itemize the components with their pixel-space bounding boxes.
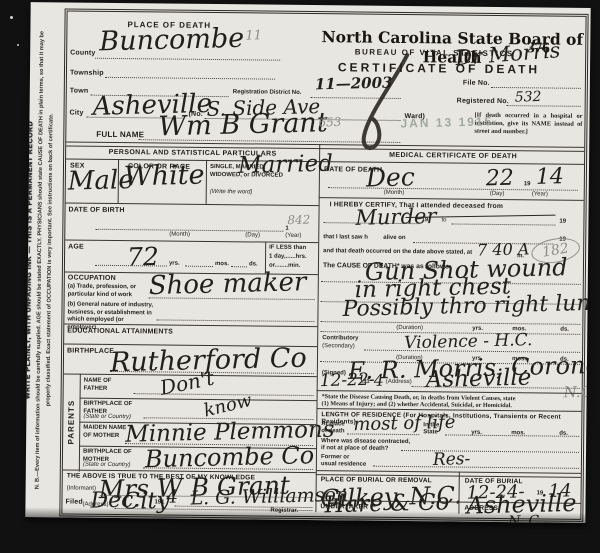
last-saw-label: that I last saw h <box>323 234 368 242</box>
certify-line-2 <box>451 222 555 225</box>
signed-address-value: Asheville <box>426 367 532 393</box>
certify-to: to <box>441 217 446 225</box>
contracted-line <box>401 449 579 453</box>
age-line <box>95 264 167 267</box>
marital-value: Married <box>238 153 333 178</box>
county-pencil-note: 11 <box>245 29 262 42</box>
undertaker-address-value: Asheville <box>466 491 577 518</box>
certificate-paper: WRITE PLAINLY, WITH UNFADING INK — THIS … <box>25 2 590 523</box>
at-place-label-2: of death <box>321 428 344 436</box>
contracted-label-2: if not at place of death? <box>321 445 388 453</box>
occupation-b-line <box>156 318 314 322</box>
dod-day-label: (Day) <box>490 191 505 199</box>
scanned-death-certificate: WRITE PLAINLY, WITH UNFADING INK — THIS … <box>0 0 600 553</box>
township-line <box>105 76 275 80</box>
age-mos-label: mos. <box>215 261 229 269</box>
parents-label: PARENTS <box>66 380 76 464</box>
father-name-label: NAME OF FATHER <box>84 378 134 394</box>
full-name-value: Wm B Grant <box>158 109 328 140</box>
age-line <box>185 265 213 267</box>
cause-rule-3 <box>320 320 580 325</box>
dob-value: 842 <box>287 214 310 227</box>
margin-note-nb-line2: properly classified. Exact statement of … <box>44 2 55 517</box>
scan-speck <box>10 16 13 19</box>
mother-birthplace-sub: (State or Country) <box>83 462 131 470</box>
rule <box>65 239 318 243</box>
certificate-form: PLACE OF DEATH County Buncombe 11 Townsh… <box>59 8 588 521</box>
dob-label: DATE OF BIRTH <box>68 206 124 215</box>
signed-year-value: 4 <box>374 373 385 389</box>
former-residence-line <box>373 465 579 469</box>
medical-section-title: MEDICAL CERTIFICATE OF DEATH <box>322 151 584 162</box>
county-value: Buncombe <box>99 25 244 56</box>
father-birthplace-sub: (State or Country) <box>83 414 131 422</box>
township-label: Township <box>70 69 104 77</box>
if-less-label-2: 1 day,......hrs. <box>269 254 307 262</box>
certify-19-a: 19 <box>421 217 428 225</box>
birthplace-label: BIRTHPLACE <box>67 347 114 356</box>
age-yrs-label: yrs. <box>169 261 180 269</box>
former-residence-label-2: usual residence <box>321 461 366 469</box>
certify-19-b: 19 <box>559 219 566 227</box>
secondary-label: (Secondary) <box>322 343 355 351</box>
dod-month-label: (Month) <box>384 190 405 198</box>
city-label: City <box>70 109 84 117</box>
filed-label: Filed <box>65 498 82 506</box>
pen-stroke-mark <box>344 52 415 153</box>
scan-speck <box>17 44 19 46</box>
certificate-number: 376 <box>527 40 550 57</box>
town-label: Town <box>70 87 89 95</box>
filed-year-prefix: 191 <box>154 499 164 507</box>
age-line <box>231 265 247 267</box>
occupation-label: OCCUPATION <box>68 274 116 283</box>
contributory-label: Contributory <box>322 335 358 343</box>
signed-year-prefix: 191 <box>360 379 370 387</box>
county-line <box>95 57 280 61</box>
age-label: AGE <box>68 243 84 251</box>
dob-month-label: (Month) <box>169 232 190 240</box>
dob-year-label: (Year) <box>285 233 301 241</box>
full-name-pencil-note: 653 <box>318 116 341 129</box>
marital-sub-label: (Write the word) <box>210 189 253 197</box>
cause-line-3: Possibly thro right lung <box>342 293 590 321</box>
undertaker-address-state: N. C. <box>508 514 543 523</box>
father-birthplace-value: know <box>202 392 254 421</box>
rule <box>66 202 319 206</box>
registered-no-label: Registered No. <box>457 98 509 107</box>
in-state-label-2: State <box>423 429 438 437</box>
occupation-a-label: (a) Trade, profession, or particular kin… <box>68 283 146 299</box>
race-value: White <box>124 162 205 191</box>
if-less-label-1: IF LESS than <box>269 245 306 253</box>
date-of-death-year: 14 <box>536 166 565 189</box>
file-no-label: File No. <box>463 80 490 88</box>
registrar-label: Registrar. <box>270 508 298 516</box>
at-place-value: most of life <box>353 414 456 434</box>
occupation-a-value: Shoe maker <box>148 269 306 299</box>
registered-no-value: 532 <box>515 90 542 105</box>
county-label: County <box>70 49 95 57</box>
education-label: EDUCATIONAL ATTAINMENTS <box>67 327 173 336</box>
undertaker-value: Hare & Co <box>324 491 449 517</box>
filed-month-value: Dec. <box>90 489 141 512</box>
column-divider <box>315 144 320 512</box>
cell-divider <box>206 160 207 204</box>
dod-year-label: (Year) <box>532 191 548 199</box>
last-saw-alive-label: alive on <box>383 235 405 243</box>
full-name-label: FULL NAME <box>96 130 144 140</box>
signed-address-label: (Address) <box>386 379 412 387</box>
dob-day-label: (Day) <box>245 232 260 240</box>
margin-note-nb-line1: N. B.—Every item of information should b… <box>34 2 45 517</box>
